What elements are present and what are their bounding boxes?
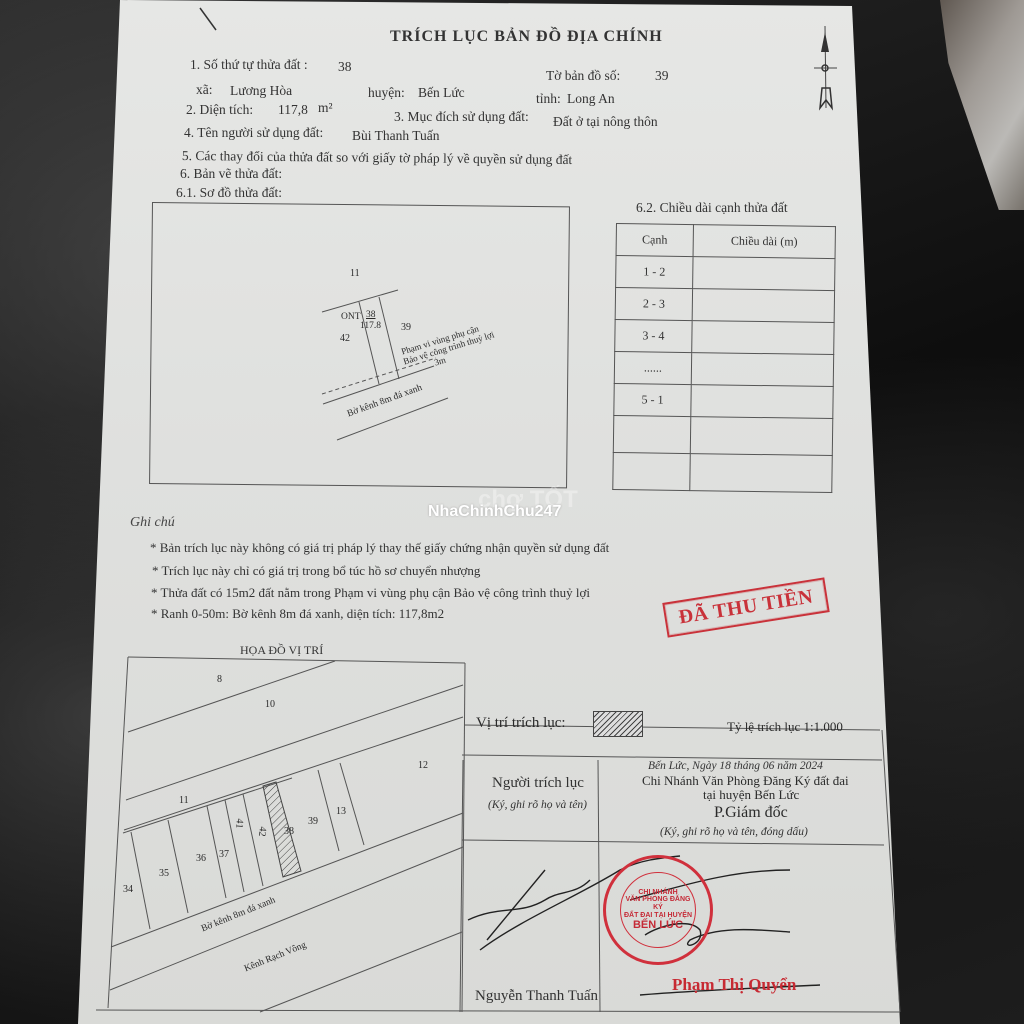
table-row	[613, 415, 832, 455]
map-sheet-label: Tờ bản đồ số:	[546, 68, 620, 84]
map-parcel-label: 8	[217, 674, 222, 685]
hatch-legend-swatch	[593, 711, 643, 737]
extractor-hint: (Ký, ghi rõ họ và tên)	[488, 799, 587, 811]
edge-cell: 5 - 1	[614, 383, 691, 416]
table-row	[613, 452, 832, 492]
purpose-value: Đất ở tại nông thôn	[553, 114, 658, 130]
document-title: TRÍCH LỤC BẢN ĐỒ ĐỊA CHÍNH	[390, 28, 663, 46]
map-parcel-label: 42	[256, 826, 268, 837]
length-cell	[691, 353, 833, 387]
note-item: * Ranh 0-50m: Bờ kênh 8m đá xanh, diện t…	[151, 606, 444, 622]
notes-title: Ghi chú	[130, 515, 175, 531]
north-arrow-icon	[814, 26, 837, 108]
length-cell	[691, 385, 833, 419]
map-sheet-value: 39	[655, 68, 669, 84]
sketch-parcel-id: 38	[366, 310, 376, 320]
table-row: 3 - 4	[615, 319, 834, 354]
watermark: NhaChinhChu247	[428, 503, 561, 521]
extractor-name: Nguyễn Thanh Tuấn	[475, 988, 598, 1005]
map-parcel-label: 41	[233, 818, 245, 829]
note-item: * Bản trích lục này không có giá trị phá…	[150, 540, 609, 556]
location-legend-label: Vị trí trích lục:	[476, 715, 566, 732]
edge-length-table: Cạnh Chiều dài (m) 1 - 2 2 - 3 3 - 4 ...…	[612, 223, 836, 493]
map-parcel-label: 36	[196, 853, 206, 864]
date-line: Bến Lức, Ngày 18 tháng 06 năm 2024	[648, 760, 823, 772]
district-label: huyện:	[368, 85, 405, 101]
map-parcel-label: 35	[159, 868, 169, 879]
sketch-neighbor-north: 11	[350, 268, 360, 279]
purpose-label: 3. Mục đích sử dụng đất:	[394, 109, 529, 125]
edge-cell: 1 - 2	[616, 256, 693, 289]
note-item: * Trích lục này chỉ có giá trị trong bổ …	[152, 563, 480, 579]
area-value: 117,8	[278, 102, 308, 118]
extractor-title: Người trích lục	[492, 775, 584, 792]
seal-line: VĂN PHÒNG ĐĂNG KÝ	[621, 896, 695, 911]
scale-label: Tỷ lệ trích lục 1:1.000	[727, 719, 843, 735]
area-label: 2. Diện tích:	[186, 102, 253, 118]
area-unit: m²	[318, 100, 333, 116]
map-parcel-label: 10	[265, 699, 275, 710]
sketch-label: 6.1. Sơ đồ thửa đất:	[176, 185, 282, 201]
location-map-title: HỌA ĐỒ VỊ TRÍ	[240, 643, 323, 658]
office-line-2: tại huyện Bến Lức	[703, 787, 799, 803]
sketch-neighbor-east: 39	[401, 322, 411, 333]
edge-table-header: Chiều dài (m)	[693, 225, 835, 259]
length-cell	[690, 417, 833, 456]
edge-cell: 3 - 4	[615, 319, 692, 352]
length-cell	[692, 321, 834, 355]
length-cell	[693, 257, 835, 291]
commune-label: xã:	[196, 82, 213, 98]
edge-table-header: Cạnh	[616, 224, 693, 257]
owner-value: Bùi Thanh Tuấn	[352, 128, 440, 144]
map-parcel-label: 13	[336, 806, 346, 817]
length-cell	[692, 289, 834, 323]
map-parcel-label: 12	[418, 760, 428, 771]
subject-parcel-hatch	[263, 782, 301, 877]
table-row: ......	[614, 351, 833, 386]
commune-value: Lương Hòa	[230, 83, 292, 99]
edge-table-title: 6.2. Chiều dài cạnh thửa đất	[636, 200, 788, 216]
map-parcel-label: 39	[308, 816, 318, 827]
sketch-parcel-area: 117.8	[360, 321, 381, 331]
parcel-number-label: 1. Số thứ tự thửa đất :	[190, 57, 308, 73]
map-parcel-label: 11	[179, 795, 189, 806]
approver-hint: (Ký, ghi rõ họ và tên, đóng dấu)	[660, 826, 808, 838]
table-row: 1 - 2	[616, 256, 835, 291]
table-row: 2 - 3	[615, 288, 834, 323]
edge-cell	[613, 415, 691, 453]
map-parcel-label: 38	[284, 826, 294, 837]
map-parcel-label: 34	[123, 884, 133, 895]
sketch-parcel-code: ONT	[341, 312, 361, 322]
province-label: tỉnh:	[536, 91, 561, 107]
parcel-sketch-frame	[149, 202, 570, 488]
note-item: * Thửa đất có 15m2 đất nằm trong Phạm vi…	[151, 585, 590, 601]
table-row: 5 - 1	[614, 383, 833, 418]
map-parcel-label: 37	[219, 849, 229, 860]
edge-cell: 2 - 3	[615, 288, 692, 321]
edge-cell	[613, 452, 691, 490]
drawing-label: 6. Bản vẽ thửa đất:	[180, 166, 282, 182]
district-value: Bến Lức	[418, 85, 465, 101]
length-cell	[690, 454, 833, 493]
approver-title: P.Giám đốc	[714, 804, 788, 822]
seal-line: BẾN LỨC	[633, 919, 683, 931]
owner-label: 4. Tên người sử dụng đất:	[184, 125, 323, 141]
edge-cell: ......	[614, 351, 691, 384]
sketch-neighbor-west: 42	[340, 333, 350, 344]
parcel-number-value: 38	[338, 59, 352, 75]
official-seal: CHI NHÁNH VĂN PHÒNG ĐĂNG KÝ ĐẤT ĐAI TẠI …	[603, 855, 713, 965]
province-value: Long An	[567, 91, 615, 107]
approver-name: Phạm Thị Quyển	[672, 975, 796, 995]
